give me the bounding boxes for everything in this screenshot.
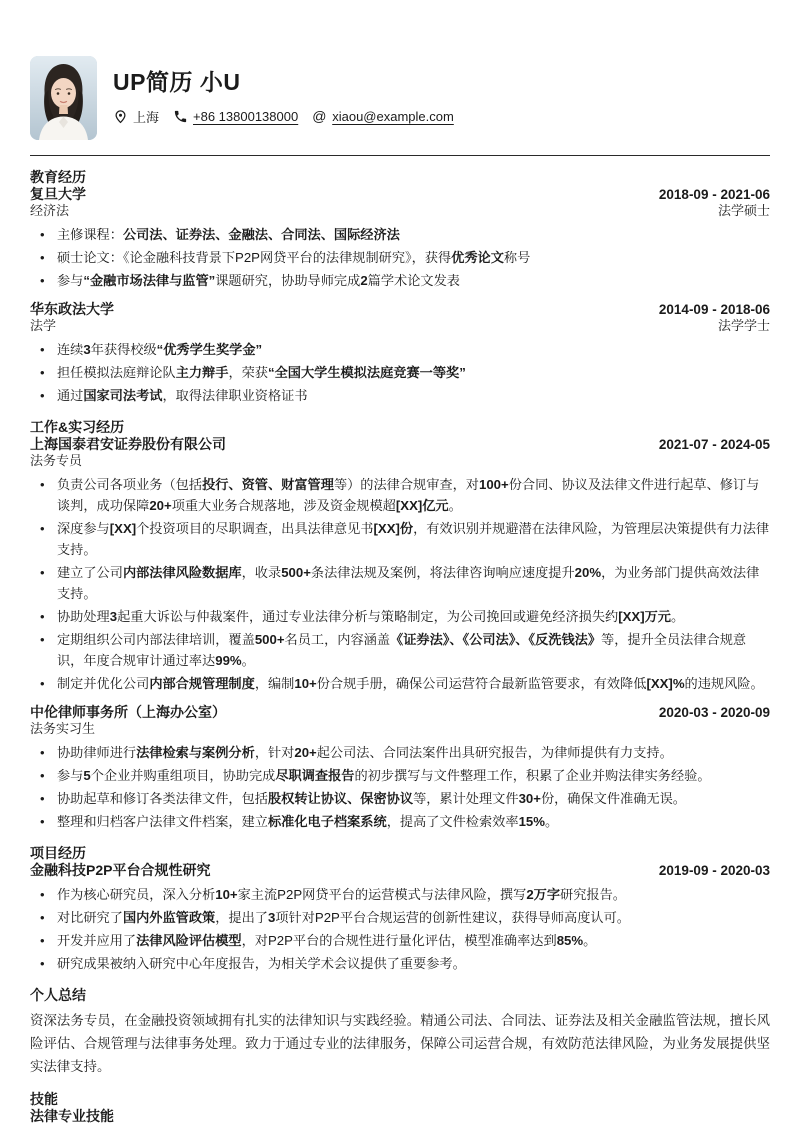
entry-subtitle-row: 法务实习生 [30,721,770,737]
entry-subtitle: 法学 [30,318,56,334]
entry-subtitle: 法务专员 [30,453,82,469]
bullet-item: 参与5个企业并购重组项目，协助完成尽职调查报告的初步撰写与文件整理工作，积累了企… [30,765,770,786]
section-work: 工作&实习经历上海国泰君安证券股份有限公司2021-07 - 2024-05法务… [30,419,770,832]
at-icon: @ [312,109,327,124]
bullet-item: 硕士论文：《论金融科技背景下P2P网贷平台的法律规制研究》，获得优秀论文称号 [30,247,770,268]
location-item: 上海 [113,107,159,126]
bullet-item: 协助处理3起重大诉讼与仲裁案件，通过专业法律分析与策略制定，为公司挽回或避免经济… [30,606,770,627]
entry-title: 复旦大学 [30,186,86,203]
contact-row: 上海 +86 13800138000 @ xiaou@example.com [113,107,770,126]
entry-subtitle-row: 法务专员 [30,453,770,469]
profile-photo-illustration [30,56,97,140]
email-link[interactable]: xiaou@example.com [332,109,454,124]
entry-title-row: 华东政法大学2014-09 - 2018-06 [30,301,770,318]
section-projects: 项目经历金融科技P2P平台合规性研究2019-09 - 2020-03作为核心研… [30,845,770,974]
entry-subtitle-right: 法学学士 [718,318,770,334]
phone-icon [173,109,188,124]
bullet-item: 协助起草和修订各类法律文件，包括股权转让协议、保密协议等，累计处理文件30+份，… [30,788,770,809]
profile-photo [30,56,97,140]
bullet-item: 参与“金融市场法律与监管”课题研究，协助导师完成2篇学术论文发表 [30,270,770,291]
section-title-summary: 个人总结 [30,987,770,1004]
location-pin-icon [113,109,128,124]
entry-subtitle: 法务实习生 [30,721,95,737]
resume-page: UP简历 小U 上海 [0,0,800,1125]
entry: 上海国泰君安证券股份有限公司2021-07 - 2024-05法务专员负责公司各… [30,436,770,694]
bullet-item: 协助律师进行法律检索与案例分析，针对20+起公司法、合同法案件出具研究报告，为律… [30,742,770,763]
bullet-item: 定期组织公司内部法律培训，覆盖500+名员工，内容涵盖《证券法》、《公司法》、《… [30,629,770,671]
bullet-item: 连续3年获得校级“优秀学生奖学金” [30,339,770,360]
phone-item: +86 13800138000 [173,109,298,124]
section-education: 教育经历复旦大学2018-09 - 2021-06经济法法学硕士主修课程：公司法… [30,169,770,406]
entry-subtitle-right: 法学硕士 [718,203,770,219]
entry-subtitle-row: 法学法学学士 [30,318,770,334]
entry-title-row: 复旦大学2018-09 - 2021-06 [30,186,770,203]
bullet-list: 作为核心研究员，深入分析10+家主流P2P网贷平台的运营模式与法律风险，撰写2万… [30,884,770,974]
bullet-item: 建立了公司内部法律风险数据库，收录500+条法律法规及案例，将法律咨询响应速度提… [30,562,770,604]
section-skills: 技能法律专业技能 [30,1091,770,1125]
entry: 复旦大学2018-09 - 2021-06经济法法学硕士主修课程：公司法、证券法… [30,186,770,291]
location-text: 上海 [133,107,159,126]
bullet-list: 协助律师进行法律检索与案例分析，针对20+起公司法、合同法案件出具研究报告，为律… [30,742,770,832]
bullet-list: 主修课程：公司法、证券法、金融法、合同法、国际经济法硕士论文：《论金融科技背景下… [30,224,770,291]
section-title-projects: 项目经历 [30,845,770,862]
bullet-item: 深度参与[XX]个投资项目的尽职调查，出具法律意见书[XX]份，有效识别并规避潜… [30,518,770,560]
entry-date: 2020-03 - 2020-09 [659,704,770,721]
header-divider [30,155,770,156]
bullet-list: 负责公司各项业务（包括投行、资管、财富管理等）的法律合规审查，对100+份合同、… [30,474,770,694]
section-title-education: 教育经历 [30,169,770,186]
bullet-item: 整理和归档客户法律文件档案，建立标准化电子档案系统，提高了文件检索效率15%。 [30,811,770,832]
bullet-item: 担任模拟法庭辩论队主力辩手，荣获“全国大学生模拟法庭竞赛一等奖” [30,362,770,383]
phone-link[interactable]: +86 13800138000 [193,109,298,124]
bullet-item: 负责公司各项业务（包括投行、资管、财富管理等）的法律合规审查，对100+份合同、… [30,474,770,516]
entry-subtitle-row: 经济法法学硕士 [30,203,770,219]
candidate-name: UP简历 小U [113,69,770,95]
entry-title-row: 法律专业技能 [30,1108,770,1125]
entry-title-row: 上海国泰君安证券股份有限公司2021-07 - 2024-05 [30,436,770,453]
header-text-block: UP简历 小U 上海 [113,56,770,126]
entry-date: 2019-09 - 2020-03 [659,862,770,879]
entry: 金融科技P2P平台合规性研究2019-09 - 2020-03作为核心研究员，深… [30,862,770,974]
entry-date: 2018-09 - 2021-06 [659,186,770,203]
entry-title-row: 中伦律师事务所（上海办公室）2020-03 - 2020-09 [30,704,770,721]
entry-title: 金融科技P2P平台合规性研究 [30,862,210,879]
entry-title: 上海国泰君安证券股份有限公司 [30,436,226,453]
bullet-item: 对比研究了国内外监管政策，提出了3项针对P2P平台合规运营的创新性建议，获得导师… [30,907,770,928]
section-title-skills: 技能 [30,1091,770,1108]
entry: 华东政法大学2014-09 - 2018-06法学法学学士连续3年获得校级“优秀… [30,301,770,406]
entry: 法律专业技能 [30,1108,770,1125]
entry-title-row: 金融科技P2P平台合规性研究2019-09 - 2020-03 [30,862,770,879]
entry: 中伦律师事务所（上海办公室）2020-03 - 2020-09法务实习生协助律师… [30,704,770,832]
bullet-list: 连续3年获得校级“优秀学生奖学金”担任模拟法庭辩论队主力辩手，荣获“全国大学生模… [30,339,770,406]
entry-title: 法律专业技能 [30,1108,114,1125]
bullet-item: 制定并优化公司内部合规管理制度，编制10+份合规手册，确保公司运营符合最新监管要… [30,673,770,694]
bullet-item: 主修课程：公司法、证券法、金融法、合同法、国际经济法 [30,224,770,245]
section-title-work: 工作&实习经历 [30,419,770,436]
entry-title: 华东政法大学 [30,301,114,318]
email-item: @ xiaou@example.com [312,109,454,124]
entry-subtitle: 经济法 [30,203,69,219]
entry-date: 2021-07 - 2024-05 [659,436,770,453]
resume-header: UP简历 小U 上海 [30,56,770,140]
section-summary: 个人总结资深法务专员，在金融投资领域拥有扎实的法律知识与实践经验。精通公司法、合… [30,987,770,1078]
summary-paragraph: 资深法务专员，在金融投资领域拥有扎实的法律知识与实践经验。精通公司法、合同法、证… [30,1009,770,1078]
entry-title: 中伦律师事务所（上海办公室） [30,704,226,721]
bullet-item: 通过国家司法考试，取得法律职业资格证书 [30,385,770,406]
bullet-item: 作为核心研究员，深入分析10+家主流P2P网贷平台的运营模式与法律风险，撰写2万… [30,884,770,905]
resume-body: 教育经历复旦大学2018-09 - 2021-06经济法法学硕士主修课程：公司法… [30,169,770,1125]
bullet-item: 开发并应用了法律风险评估模型，对P2P平台的合规性进行量化评估，模型准确率达到8… [30,930,770,951]
entry-date: 2014-09 - 2018-06 [659,301,770,318]
bullet-item: 研究成果被纳入研究中心年度报告，为相关学术会议提供了重要参考。 [30,953,770,974]
